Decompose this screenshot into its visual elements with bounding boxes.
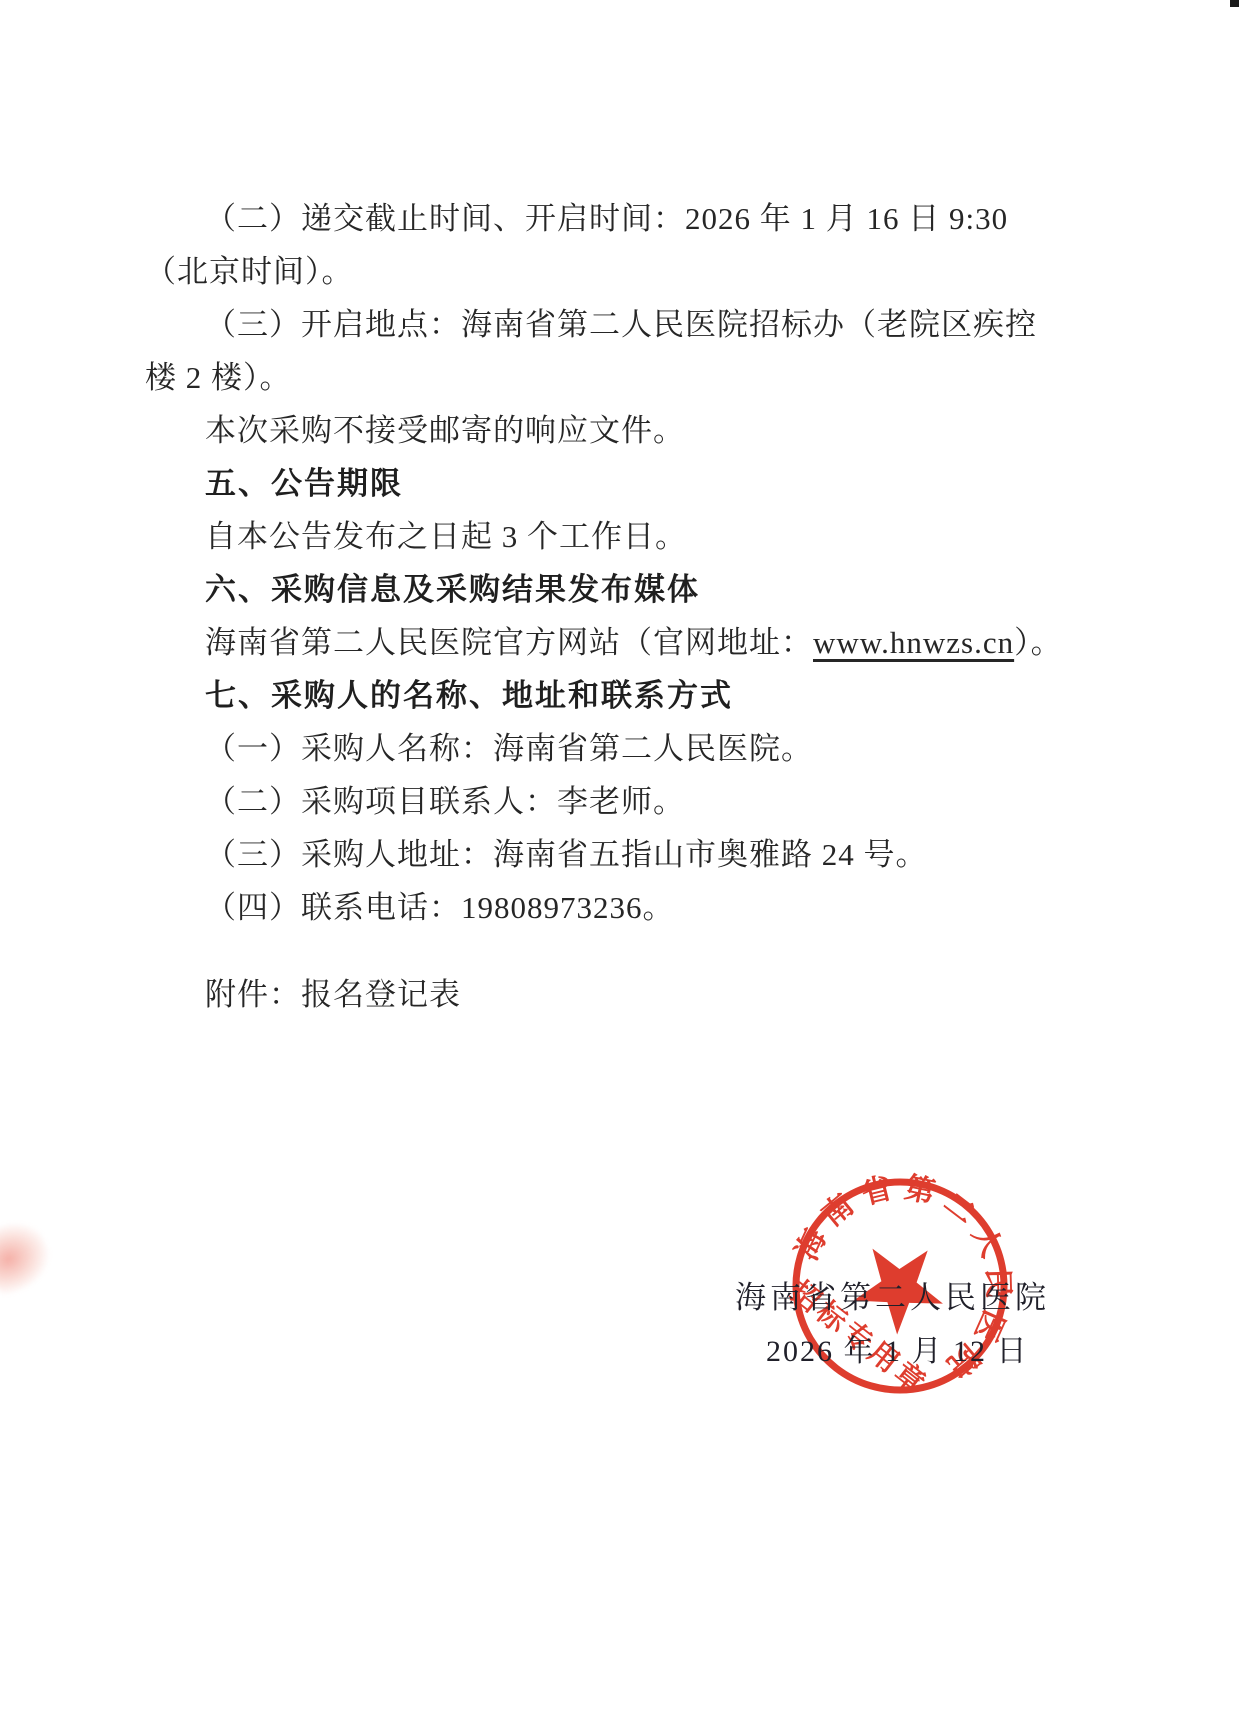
signature-date: 2026 年 1 月 12 日 xyxy=(766,1326,1029,1370)
document-body: （二）递交截止时间、开启时间：2026 年 1 月 16 日 9:30 （北京时… xyxy=(0,192,1239,1021)
body-line: 本次采购不接受邮寄的响应文件。 xyxy=(0,404,1239,457)
body-line: （二）采购项目联系人：李老师。 xyxy=(0,775,1239,828)
scan-edge-mark xyxy=(1230,0,1239,7)
body-line: （三）开启地点：海南省第二人民医院招标办（老院区疾控 xyxy=(0,298,1239,351)
body-line: （四）联系电话：19808973236。 xyxy=(0,881,1239,934)
section-heading-5: 五、公告期限 xyxy=(0,457,1239,510)
body-line: （北京时间）。 xyxy=(0,245,1239,298)
section-heading-6: 六、采购信息及采购结果发布媒体 xyxy=(0,563,1239,616)
stamp-ink-smudge xyxy=(0,1212,59,1298)
signature-organization: 海南省第二人民医院 xyxy=(735,1272,1050,1317)
body-line: （三）采购人地址：海南省五指山市奥雅路 24 号。 xyxy=(0,828,1239,881)
body-line: 楼 2 楼）。 xyxy=(0,351,1239,404)
url-suffix-text: ）。 xyxy=(1014,625,1063,660)
attachment-line: 附件：报名登记表 xyxy=(0,968,1239,1021)
website-url: www.hnwzs.cn xyxy=(813,625,1014,660)
body-line: （二）递交截止时间、开启时间：2026 年 1 月 16 日 9:30 xyxy=(0,192,1239,245)
url-prefix-text: 海南省第二人民医院官方网站（官网地址： xyxy=(205,625,813,660)
section-heading-7: 七、采购人的名称、地址和联系方式 xyxy=(0,669,1239,722)
scanned-document-page: （二）递交截止时间、开启时间：2026 年 1 月 16 日 9:30 （北京时… xyxy=(0,0,1239,1718)
body-line: （一）采购人名称：海南省第二人民医院。 xyxy=(0,722,1239,775)
body-line-with-url: 海南省第二人民医院官方网站（官网地址：www.hnwzs.cn）。 xyxy=(0,616,1239,669)
body-line: 自本公告发布之日起 3 个工作日。 xyxy=(0,510,1239,563)
